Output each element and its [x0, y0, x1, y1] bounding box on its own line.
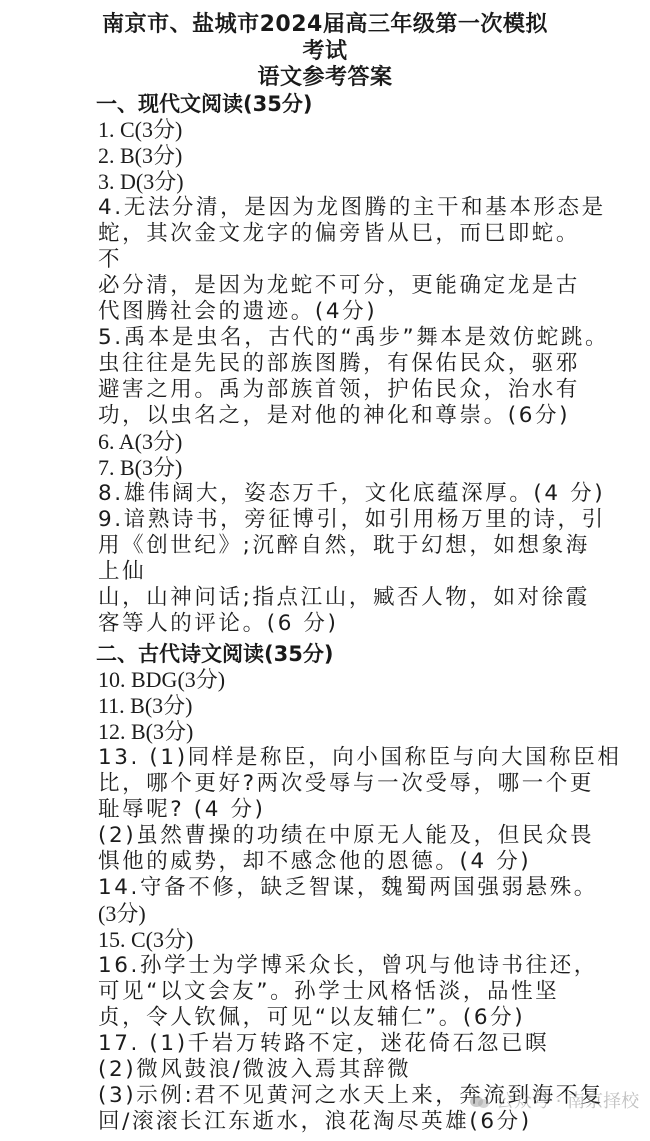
- answer-line: 上仙: [98, 559, 146, 585]
- answer-line: 用《创世纪》;沉醉自然，耽于幻想，如想象海: [98, 533, 590, 559]
- answer-line: 9.谙熟诗书，旁征博引，如引用杨万里的诗，引: [98, 507, 606, 533]
- answer-line: 惧他的威势，却不感念他的恩德。(4 分): [98, 849, 531, 875]
- section-heading-modern-reading: 一、现代文阅读(35分): [96, 91, 312, 117]
- answer-line: (3分): [98, 901, 146, 927]
- answer-line: 2. B(3分): [98, 143, 182, 169]
- answer-line: (2)虽然曹操的功绩在中原无人能及，但民众畏: [98, 823, 594, 849]
- answer-line: 10. BDG(3分): [98, 667, 225, 693]
- answer-line: 不: [98, 247, 122, 273]
- document-title-line-1: 南京市、盐城市2024届高三年级第一次模拟: [0, 12, 650, 38]
- answer-line: 5.禹本是虫名，古代的“禹步”舞本是效仿蛇跳。: [98, 325, 609, 351]
- watermark: 公众号 · 南京择校: [470, 1090, 639, 1114]
- answer-line: 可见“以文会友”。孙学士风格恬淡，品性坚: [98, 979, 559, 1005]
- answer-line: 7. B(3分): [98, 455, 182, 481]
- answer-line: 15. C(3分): [98, 927, 193, 953]
- answer-line: 11. B(3分): [98, 693, 193, 719]
- answer-line: 客等人的评论。(6 分): [98, 611, 339, 637]
- answer-line: 耻辱呢? (4 分): [98, 797, 266, 823]
- answer-line: 3. D(3分): [98, 169, 184, 195]
- answer-line: 虫往往是先民的部族图腾，有保佑民众，驱邪: [98, 351, 580, 377]
- answer-line: 13. (1)同样是称臣，向小国称臣与向大国称臣相: [98, 745, 621, 771]
- answer-line: (2)微风鼓浪/微波入焉其辞微: [98, 1057, 411, 1083]
- answer-line: 12. B(3分): [98, 719, 193, 745]
- wechat-icon: [470, 1094, 490, 1110]
- answer-line: 6. A(3分): [98, 429, 182, 455]
- answer-line: 蛇，其次金文龙字的偏旁皆从巳，而巳即蛇。: [98, 221, 580, 247]
- document-subtitle: 语文参考答案: [0, 65, 650, 91]
- answer-line: 山，山神问话;指点江山，臧否人物，如对徐霞: [98, 585, 590, 611]
- answer-line: 4.无法分清，是因为龙图腾的主干和基本形态是: [98, 195, 606, 221]
- section-heading-classical-reading: 二、古代诗文阅读(35分): [96, 641, 333, 667]
- answer-line: 代图腾社会的遗迹。(4分): [98, 299, 377, 325]
- answer-line: 必分清，是因为龙蛇不可分，更能确定龙是古: [98, 273, 580, 299]
- answer-line: 功，以虫名之，是对他的神化和尊崇。(6分): [98, 403, 570, 429]
- answer-line: 回/滚滚长江东逝水，浪花淘尽英雄(6分): [98, 1109, 532, 1135]
- watermark-text: 公众号 · 南京择校: [496, 1090, 639, 1114]
- answer-key-page: 南京市、盐城市2024届高三年级第一次模拟 考试 语文参考答案 一、现代文阅读(…: [0, 0, 650, 1141]
- answer-line: 贞，令人钦佩，可见“以友辅仁”。(6分): [98, 1005, 525, 1031]
- answer-line: 17. (1)千岩万转路不定，迷花倚石忽已暝: [98, 1031, 549, 1057]
- answer-line: 8.雄伟阔大，姿态万千，文化底蕴深厚。(4 分): [98, 481, 605, 507]
- document-title-line-2: 考试: [0, 39, 650, 65]
- answer-line: 避害之用。禹为部族首领，护佑民众，治水有: [98, 377, 580, 403]
- answer-line: 1. C(3分): [98, 117, 182, 143]
- answer-line: 比，哪个更好?两次受辱与一次受辱，哪一个更: [98, 771, 594, 797]
- answer-line: 16.孙学士为学博采众长，曾巩与他诗书往还，: [98, 953, 598, 979]
- answer-line: 14.守备不修，缺乏智谋，魏蜀两国强弱悬殊。: [98, 875, 598, 901]
